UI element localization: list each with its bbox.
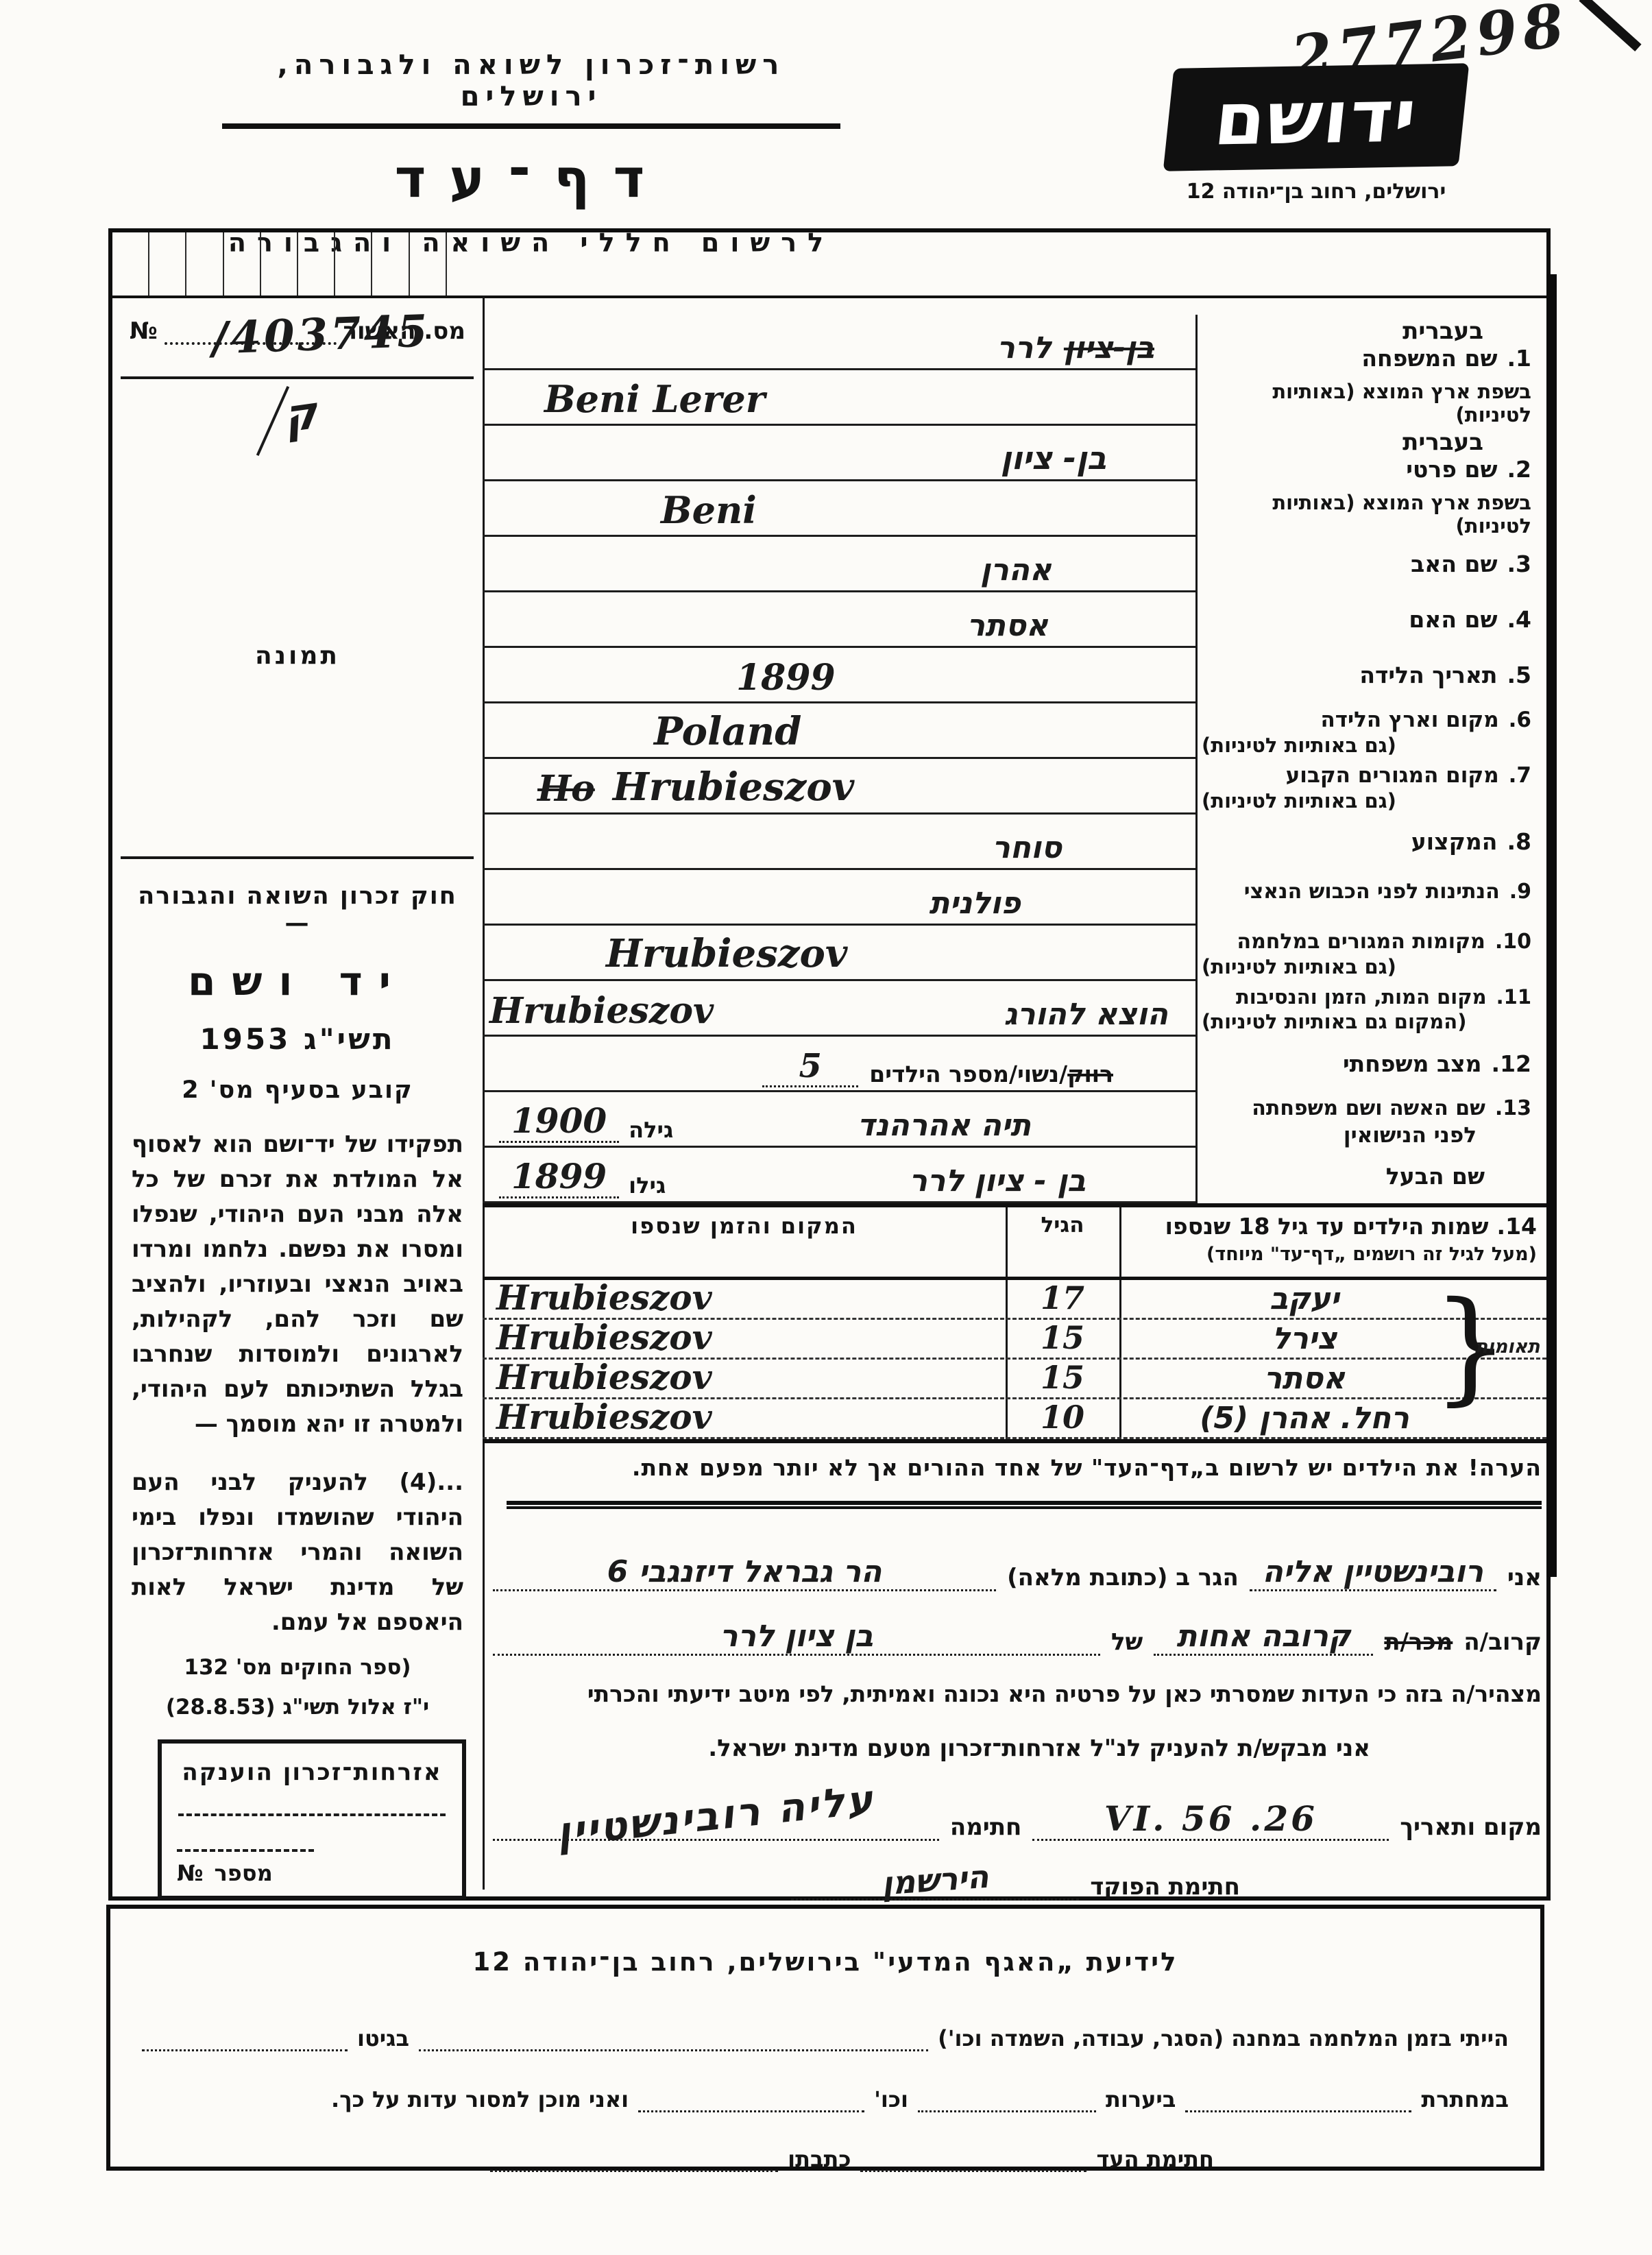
witness-signature-line: חתימת העד כתבתו [142, 2143, 1509, 2172]
label-war-residence-sub: (גם באותיות לטיניות) [1202, 955, 1531, 978]
citizenship-box-title: אזרחות־זכרון הוענקה [162, 1759, 462, 1786]
entry-residence-value: Hrubieszov [613, 764, 854, 810]
entry-nationality-value: פולנית [929, 886, 1021, 921]
entry-first-name-latin: Beni [483, 481, 1195, 537]
label-wife-name: 13.שם האשה ושם משפחתה לפני הנישואין [1198, 1092, 1546, 1148]
label-birth-place: 6.מקום וארץ הלידה (גם באותיות לטיניות) [1198, 703, 1546, 759]
residing-label: הגר ב (כתובת מלאה) [1007, 1564, 1239, 1591]
field-number-6: 6. [1509, 708, 1531, 732]
child-1-age: 17 [1006, 1279, 1119, 1316]
field-number-14: 14. [1497, 1213, 1537, 1240]
testimony-page-scan: 277298 רשות־זכרון לשואה ולגבורה, ירושלים… [0, 0, 1652, 2255]
children-note: הערה! את הילדים יש לרשום ב„דף־העד" של אח… [496, 1454, 1542, 1481]
age-column-header: הגיל [1006, 1213, 1119, 1238]
field-number-5: 5. [1507, 662, 1531, 688]
signature-label: חתימה [950, 1813, 1022, 1841]
label-in-hebrew-2: בעברית [1202, 429, 1531, 456]
of-label: של [1111, 1628, 1143, 1656]
clerk-signature: הירשמן [880, 1858, 990, 1903]
handwritten-approval-number: 403745/ [211, 305, 431, 364]
label-mother-name-text: שם האם [1409, 606, 1497, 633]
org-name: רשות־זכרון לשואה ולגבורה, ירושלים [202, 49, 860, 112]
entry-family-name-hebrew-value: לרר [997, 330, 1052, 365]
marital-status-printed: /נשוי/מספר הילדים [869, 1061, 1067, 1087]
children-title: שמות הילדים עד גיל 18 שנספו [1165, 1213, 1489, 1240]
label-family-name-text: שם המשפחה [1361, 345, 1497, 372]
entry-mother-name-value: אסתר [967, 608, 1049, 643]
field-number-10: 10. [1495, 930, 1531, 954]
entry-birth-place: Poland [483, 703, 1195, 759]
field-number-9: 9. [1509, 880, 1531, 904]
entry-mother-name: אסתר [483, 592, 1195, 648]
entry-husband-name-value: בן - ציון לרר [909, 1163, 1086, 1198]
org-underline [222, 123, 840, 129]
entry-family-name-hebrew-struck: בן-ציון [1064, 330, 1154, 365]
law-paragraph-2: ...(4) להעניק לבני העם היהודי שהושמדו ונ… [132, 1465, 463, 1640]
declaration-section: אני רובינשטיין אליה הגר ב (כתובת מלאה) ה… [493, 1528, 1542, 1901]
label-first-name-latin: בשפת ארץ המוצא (באותיות לטיניות) [1198, 481, 1546, 537]
citizenship-number-label: מספר [215, 1860, 273, 1886]
label-family-name: בעברית 1.שם המשפחה [1198, 315, 1546, 370]
scientific-dept-title: לידיעת „האגף המדעי" בירושלים, רחוב בן־יה… [142, 1947, 1509, 1977]
clerk-signature-line: חתימת הפוקד הירשמן [493, 1861, 1542, 1901]
entry-first-name-hebrew: בן- ציון [483, 426, 1195, 481]
children-subtitle: (מעל לגיל זה רושמים „דף־עד" מיוחד) [1119, 1244, 1537, 1265]
label-residence-text: מקום המגורים הקבוע [1286, 763, 1499, 788]
forests-blank [918, 2083, 1096, 2112]
field-number-2: 2. [1507, 456, 1531, 483]
entry-family-name-hebrew: בן-ציון לרר [483, 315, 1195, 370]
entry-nationality: פולנית [483, 870, 1195, 926]
label-death-place: 11.מקום המות, הזמן והנסיבות (המקום גם בא… [1198, 981, 1546, 1037]
ghetto-label: בגיטו [357, 2025, 409, 2051]
label-birth-place-sub: (גם באותיות לטיניות) [1202, 734, 1531, 757]
entry-husband-name: בן - ציון לרר גילו 1899 [483, 1148, 1195, 1203]
handwritten-approval-suffix: ק [280, 386, 321, 443]
witness-name-value: רובינשטיין אליה [1250, 1554, 1496, 1591]
label-wife-name-text: שם האשה ושם משפחתה [1252, 1096, 1485, 1120]
declaration-request-line: אני מבקש/ת להעניק לנ"ל אזרחות־זכרון מטעם… [493, 1735, 1542, 1762]
label-nationality-text: הנתינות לפני הכבוש הנאצי [1244, 880, 1500, 904]
label-father-name-text: שם האב [1411, 551, 1497, 577]
entry-death-circumstances-value: הוצא להורג [1004, 997, 1168, 1032]
label-first-name-latin-text: בשפת ארץ המוצא (באותיות לטיניות) [1272, 491, 1531, 538]
law-section: קובע בסעיף מס' 2 [132, 1076, 463, 1104]
field-number-4: 4. [1507, 606, 1531, 633]
declaration-identity-line: אני רובינשטיין אליה הגר ב (כתובת מלאה) ה… [493, 1554, 1542, 1591]
field-number-3: 3. [1507, 551, 1531, 577]
field-labels-column: בעברית 1.שם המשפחה בשפת ארץ המוצא (באותי… [1195, 315, 1546, 1203]
declaration-truth-line: מצהיר/ה בזה כי העדות שמסרתי כאן על פרטיה… [493, 1680, 1542, 1707]
witness-sig-label: חתימת העד [1096, 2146, 1214, 2172]
label-family-name-latin-text: בשפת ארץ המוצא (באותיות לטיניות) [1272, 380, 1531, 426]
field-number-1: 1. [1507, 345, 1531, 372]
children-count-value: 5 [762, 1047, 858, 1087]
entry-war-residence-value: Hrubieszov [606, 931, 847, 976]
entry-profession-value: סוחר [992, 830, 1062, 865]
child-1-place: Hrubieszov [496, 1277, 976, 1318]
entry-death-place-value: Hrubieszov [489, 990, 714, 1032]
label-war-residence-text: מקומות המגורים במלחמה [1237, 930, 1485, 954]
entry-residence-struck: Ho [537, 768, 595, 810]
witness-signature: עליה רובינשטיין [555, 1776, 877, 1855]
label-birth-date: 5.תאריך הלידה [1198, 648, 1546, 703]
label-husband-name: שם הבעל [1198, 1148, 1546, 1203]
children-table-header: 14.שמות הילדים עד גיל 18 שנספו (מעל לגיל… [483, 1207, 1546, 1280]
entry-war-residence: Hrubieszov [483, 926, 1195, 981]
entry-birth-date-value: 1899 [736, 657, 836, 699]
field-number-12: 12. [1492, 1050, 1531, 1077]
entry-marital-status: רווק /נשוי/מספר הילדים 5 [483, 1037, 1195, 1092]
field-number-13: 13. [1495, 1096, 1531, 1120]
law-sidebar: חוק זכרון השואה והגבורה — יד ושם תשי"ג 1… [132, 882, 463, 1720]
entry-residence: Ho Hrubieszov [483, 759, 1195, 815]
law-ref-2: י"ז אלול תשי"ג (28.8.53) [132, 1695, 463, 1720]
underground-blank [1185, 2083, 1411, 2112]
label-death-place-sub: (המקום גם באותיות לטיניות) [1202, 1010, 1531, 1033]
entry-rows: בן-ציון לרר Beni Lerer בן- ציון Beni אהר… [483, 315, 1195, 1203]
label-father-name: 3.שם האב [1198, 537, 1546, 592]
left-column: מס. האשור № 403745/ ק תמונה חוק זכרון הש… [112, 296, 485, 1890]
label-first-name-text: שם פרטי [1406, 456, 1497, 483]
entry-father-name: אהרן [483, 537, 1195, 592]
form-title: דף־עד [202, 148, 860, 210]
etc-label: וכו' [874, 2086, 908, 2112]
law-year: תשי"ג 1953 [132, 1022, 463, 1056]
husband-age-label: גילו [629, 1172, 666, 1198]
declaration-relation-line: קרוב/ה מכר/ת קרובה אחות של בן ציון לרר [493, 1619, 1542, 1656]
child-3-age: 15 [1006, 1359, 1119, 1396]
place-date-signature-line: מקום ותאריך 26. VI. 56 חתימה עליה רובינש… [493, 1792, 1542, 1841]
child-row-3: אסתר 15 Hrubieszov [483, 1360, 1546, 1399]
law-ref-1: (ספר החוקים מס' 132 [132, 1655, 463, 1680]
witness-address-value: הר גבראל דיזנגבי 6 [493, 1554, 996, 1591]
twins-annotation: תאומות [1475, 1336, 1540, 1358]
approval-rule [121, 376, 474, 379]
willing-testify-label: ואני מוכן למסור עדות על כך. [331, 2086, 629, 2112]
entry-profession: סוחר [483, 815, 1195, 870]
photo-placeholder-label: תמונה [112, 642, 483, 670]
i-label: אני [1507, 1564, 1542, 1591]
section-divider [507, 1501, 1542, 1509]
scan-edge-artifact [1546, 274, 1557, 1577]
law-rule [121, 856, 474, 859]
entry-first-name-latin-value: Beni [661, 488, 757, 532]
label-family-name-latin: בשפת ארץ המוצא (באותיות לטיניות) [1198, 370, 1546, 426]
citizenship-blank-2 [177, 1849, 314, 1852]
entry-birth-place-value: Poland [654, 709, 801, 754]
header: רשות־זכרון לשואה ולגבורה, ירושלים דף־עד … [202, 49, 860, 258]
label-death-place-text: מקום המות, הזמן והנסיבות [1236, 985, 1487, 1009]
witness-address-label: כתבתו [788, 2146, 851, 2172]
marital-status-struck: רווק [1067, 1061, 1113, 1087]
underground-forests-line: במחתרת ביערות וכו' ואני מוכן למסור עדות … [142, 2083, 1509, 2112]
org-address: ירושלים, רחוב בן־יהודה 12 [1131, 180, 1501, 204]
child-4-age: 10 [1006, 1399, 1119, 1436]
field-number-11: 11. [1496, 985, 1531, 1009]
label-profession: 8.המקצוע [1198, 815, 1546, 870]
law-yad-vashem: יד ושם [132, 958, 463, 1004]
label-residence: 7.מקום המגורים הקבוע (גם באותיות לטיניות… [1198, 759, 1546, 815]
numero-symbol: № [130, 317, 158, 345]
entry-death-place: Hrubieszov הוצא להורג [483, 981, 1195, 1037]
label-first-name: בעברית 2.שם פרטי [1198, 426, 1546, 481]
child-3-place: Hrubieszov [496, 1357, 976, 1397]
label-war-residence: 10.מקומות המגורים במלחמה (גם באותיות לטי… [1198, 926, 1546, 981]
citizenship-granted-box: אזרחות־זכרון הוענקה מספר № [158, 1739, 466, 1900]
form-box: מס. האשור № 403745/ ק תמונה חוק זכרון הש… [108, 228, 1551, 1901]
label-residence-sub: (גם באותיות לטיניות) [1202, 789, 1531, 812]
approval-number-line: מס. האשור № 403745/ [130, 315, 465, 345]
child-row-4: רחל. אהרן (5) 10 Hrubieszov [483, 1399, 1546, 1439]
citizenship-numero-symbol: № [177, 1860, 204, 1886]
scan-corner-streak [1579, 0, 1641, 51]
place-column-header: המקום והזמן שנספו [483, 1213, 1006, 1239]
relation-value: קרובה אחות [1154, 1619, 1373, 1656]
label-birth-place-text: מקום וארץ הלידה [1321, 708, 1499, 732]
citizenship-blank [178, 1813, 446, 1816]
field-number-7: 7. [1509, 763, 1531, 788]
law-paragraph-1: תפקידו של יד־ושם הוא לאסוף אל המולדת את … [132, 1127, 463, 1442]
child-4-place: Hrubieszov [496, 1397, 976, 1437]
entry-father-name-value: אהרן [980, 553, 1052, 588]
label-in-hebrew-1: בעברית [1202, 317, 1531, 345]
children-table: 14.שמות הילדים עד גיל 18 שנספו (מעל לגיל… [483, 1203, 1546, 1443]
forests-label: ביערות [1106, 2086, 1176, 2112]
entry-birth-date: 1899 [483, 648, 1195, 703]
place-date-label: מקום ותאריך [1400, 1813, 1542, 1841]
label-marital-status: 12.מצב משפחתי [1198, 1037, 1546, 1092]
entry-wife-name-value: תיה אהרהנד [858, 1108, 1031, 1143]
camp-blank [419, 2022, 928, 2051]
label-profession-text: המקצוע [1411, 828, 1498, 855]
entry-wife-name: תיה אהרהנד גילה 1900 [483, 1092, 1195, 1148]
child-2-age: 15 [1006, 1319, 1119, 1356]
ghetto-blank [142, 2022, 348, 2051]
subject-name-value: בן ציון לרר [493, 1619, 1100, 1656]
child-row-1: יעקב 17 Hrubieszov [483, 1280, 1546, 1320]
entry-first-name-hebrew-value: בן- ציון [1001, 439, 1106, 477]
label-nationality: 9.הנתינות לפני הכבוש הנאצי [1198, 870, 1546, 926]
underground-label: במחתרת [1421, 2086, 1509, 2112]
husband-age-value: 1899 [499, 1156, 619, 1198]
wife-age-label: גילה [629, 1117, 673, 1143]
yad-vashem-logo-text: ידושם [1211, 73, 1422, 161]
yad-vashem-logo: ידושם [1163, 63, 1470, 171]
etc-blank [638, 2083, 864, 2112]
entry-family-name-latin-value: Beni Lerer [544, 377, 765, 421]
index-grid [112, 232, 483, 296]
clerk-signature-label: חתימת הפוקד [1090, 1873, 1240, 1901]
wife-age-value: 1900 [499, 1100, 619, 1143]
field-number-8: 8. [1507, 828, 1531, 855]
witness-address-blank [490, 2143, 778, 2172]
entry-family-name-latin: Beni Lerer [483, 370, 1195, 426]
label-wife-name-sub: לפני הנישואין [1202, 1123, 1531, 1148]
label-marital-status-text: מצב משפחתי [1343, 1050, 1482, 1077]
date-value: 26. VI. 56 [1032, 1798, 1389, 1841]
child-2-place: Hrubieszov [496, 1317, 976, 1358]
acquaintance-label-struck: מכר/ת [1384, 1628, 1453, 1656]
camp-ghetto-line: הייתי בזמן המלחמה במחנה (הסגר, עבודה, הש… [142, 2022, 1509, 2051]
scientific-dept-box: לידיעת „האגף המדעי" בירושלים, רחוב בן־יה… [106, 1905, 1544, 2171]
law-title: חוק זכרון השואה והגבורה — [132, 882, 463, 937]
relative-label: קרוב/ה [1463, 1628, 1542, 1656]
witness-sig-blank [860, 2143, 1086, 2172]
label-birth-date-text: תאריך הלידה [1359, 662, 1497, 688]
label-husband-name-text: שם הבעל [1386, 1163, 1485, 1190]
label-mother-name: 4.שם האם [1198, 592, 1546, 648]
camp-label: הייתי בזמן המלחמה במחנה (הסגר, עבודה, הש… [938, 2025, 1509, 2051]
child-row-2: צירל 15 Hrubieszov [483, 1320, 1546, 1360]
